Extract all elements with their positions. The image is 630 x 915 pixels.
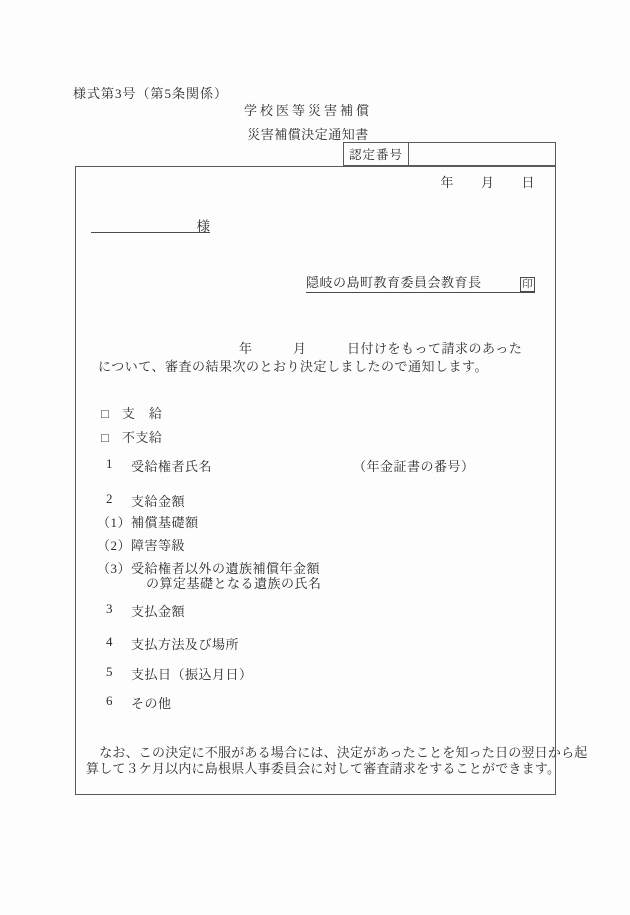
certification-number-label: 認定番号 (344, 143, 409, 165)
form-number: 様式第3号（第5条関係） (73, 86, 228, 101)
checkbox-no-pay-label: 不支給 (122, 430, 163, 445)
item-1-label: 受給権者氏名 (131, 456, 212, 475)
appeal-notice: なお、この決定に不服がある場合には、決定があったことを知った日の翌日から起 算し… (86, 745, 587, 777)
item-1-note: （年金証書の番号） (353, 456, 475, 475)
document-title-line1: 学校医等災害補償 (75, 100, 541, 119)
request-date-line: 年 月 日付けをもって請求のあった (239, 341, 522, 356)
item-5-number: 5 (106, 664, 113, 680)
item-4-number: 4 (106, 634, 113, 650)
addressee-suffix: 様 (197, 219, 211, 234)
item-6-label: その他 (131, 693, 172, 712)
document-title-line2: 災害補償決定通知書 (75, 124, 541, 143)
item-3-number: 3 (106, 601, 113, 617)
appeal-notice-line2: 算して３ケ月以内に島根県人事委員会に対して審査請求をすることができます。 (86, 761, 587, 777)
certification-number-box: 認定番号 (343, 142, 556, 166)
decision-option-pay: □ 支 給 (101, 406, 162, 421)
item-2-sub-1: （1）補償基礎額 (97, 512, 199, 531)
document-page: 様式第3号（第5条関係） 学校医等災害補償 災害補償決定通知書 認定番号 年 月… (0, 0, 630, 915)
request-body-line: について、審査の結果次のとおり決定しましたので通知します。 (98, 359, 488, 374)
seal-stamp-box: 印 (520, 277, 535, 292)
notice-body-box: 年 月 日 様 隠岐の島町教育委員会教育長 印 年 月 日付けをもって請求のあっ… (75, 166, 556, 795)
checkbox-pay-icon[interactable]: □ (101, 406, 109, 421)
certification-number-value[interactable] (409, 143, 555, 165)
sender-title: 隠岐の島町教育委員会教育長 (306, 272, 482, 292)
item-2-number: 2 (106, 491, 113, 507)
item-6-number: 6 (106, 693, 113, 709)
appeal-notice-line1: なお、この決定に不服がある場合には、決定があったことを知った日の翌日から起 (86, 745, 587, 761)
checkbox-pay-label: 支 給 (122, 406, 163, 421)
document-title: 学校医等災害補償 災害補償決定通知書 (75, 100, 541, 143)
item-4-label: 支払方法及び場所 (131, 634, 239, 653)
sender-signature-line: 隠岐の島町教育委員会教育長 印 (306, 273, 535, 293)
checkbox-no-pay-icon[interactable]: □ (101, 430, 109, 445)
item-2-sub-2: （2）障害等級 (97, 535, 185, 554)
addressee-blank-line[interactable]: 様 (91, 215, 210, 233)
item-1-number: 1 (106, 456, 113, 472)
item-2-label: 支給金額 (131, 491, 185, 510)
item-3-label: 支払金額 (131, 601, 185, 620)
item-5-label: 支払日（振込月日） (131, 664, 253, 683)
issue-date-line: 年 月 日 (440, 175, 535, 190)
decision-option-no-pay: □ 不支給 (101, 430, 162, 445)
item-2-sub-3-line2: の算定基礎となる遺族の氏名 (146, 573, 322, 592)
